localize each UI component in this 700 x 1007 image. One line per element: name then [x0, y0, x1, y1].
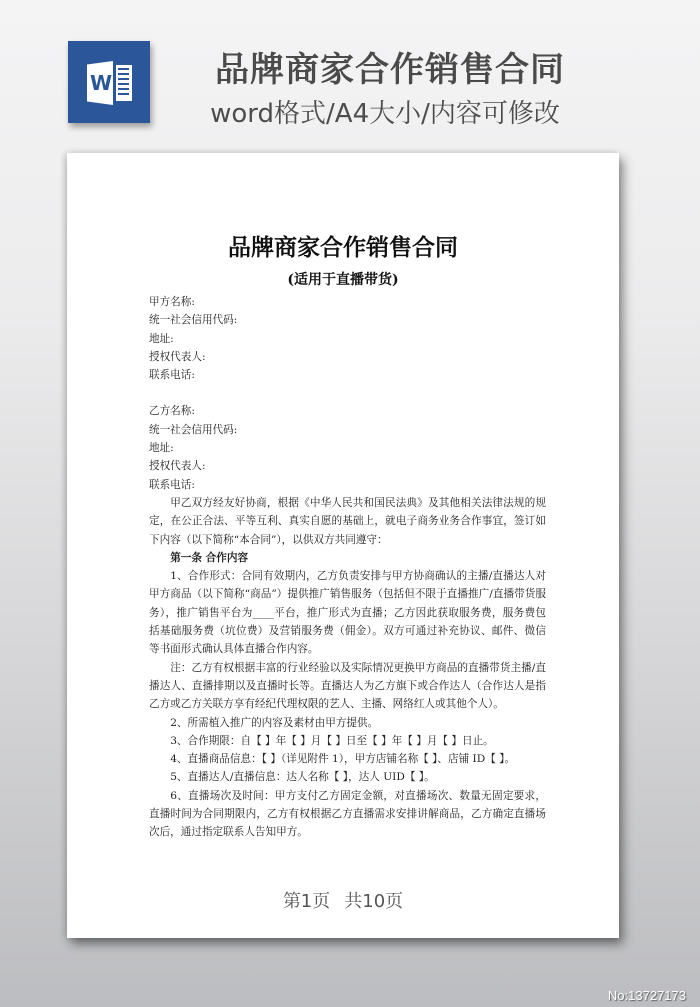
clause-2: 2、所需植入推广的内容及素材由甲方提供。: [149, 714, 546, 732]
party-b-phone-label: 联系电话:: [149, 476, 546, 494]
clause-4: 4、直播商品信息：【 】（详见附件 1），甲方店铺名称【 】、店铺 ID【 】。: [149, 750, 546, 768]
clause-note: 注：乙方有权根据丰富的行业经验以及实际情况更换甲方商品的直播带货主播/直播达人、…: [149, 659, 546, 714]
document-subtitle: (适用于直播带货): [67, 269, 619, 289]
party-b-address-label: 地址:: [149, 439, 546, 457]
clause-5: 5、直播达人/直播信息：达人名称【 】，达人 UID【 】。: [149, 768, 546, 786]
clause-1: 1、合作形式：合同有效期内，乙方负责安排与甲方协商确认的主播/直播达人对甲方商品…: [149, 567, 546, 658]
total-pages: 共10页: [344, 891, 403, 912]
party-b-representative-label: 授权代表人:: [149, 457, 546, 475]
party-a-name-label: 甲方名称:: [149, 293, 546, 311]
header-subtitle: word格式/A4大小/内容可修改: [195, 93, 575, 130]
spacer: [149, 384, 546, 402]
header-title: 品牌商家合作销售合同: [200, 42, 580, 91]
word-page-shape: W: [87, 61, 113, 105]
word-lines-shape: [116, 65, 132, 101]
document-page: 品牌商家合作销售合同 (适用于直播带货) 甲方名称: 统一社会信用代码: 地址:…: [67, 153, 619, 938]
clause-3: 3、合作期限：自【 】年【 】月【 】日至【 】年【 】月【 】日止。: [149, 732, 546, 750]
party-a-representative-label: 授权代表人:: [149, 348, 546, 366]
party-b-name-label: 乙方名称:: [149, 402, 546, 420]
word-document-icon: W: [68, 41, 150, 123]
document-title: 品牌商家合作销售合同: [67, 229, 619, 262]
preamble-paragraph: 甲乙双方经友好协商，根据《中华人民共和国民法典》及其他相关法律法规的规定，在公正…: [149, 494, 546, 549]
word-letter: W: [90, 71, 112, 95]
party-b-credit-code-label: 统一社会信用代码:: [149, 421, 546, 439]
section-title: 第一条 合作内容: [149, 549, 546, 567]
current-page: 第1页: [283, 891, 330, 912]
clause-6: 6、直播场次及时间：甲方支付乙方固定金额，对直播场次、数量无固定要求，直播时间为…: [149, 787, 546, 842]
party-a-credit-code-label: 统一社会信用代码:: [149, 311, 546, 329]
document-body: 甲方名称: 统一社会信用代码: 地址: 授权代表人: 联系电话: 乙方名称: 统…: [149, 293, 546, 842]
page-footer: 第1页共10页: [67, 887, 619, 913]
party-a-address-label: 地址:: [149, 330, 546, 348]
image-number: No:13727173: [608, 988, 686, 1003]
party-a-phone-label: 联系电话:: [149, 366, 546, 384]
